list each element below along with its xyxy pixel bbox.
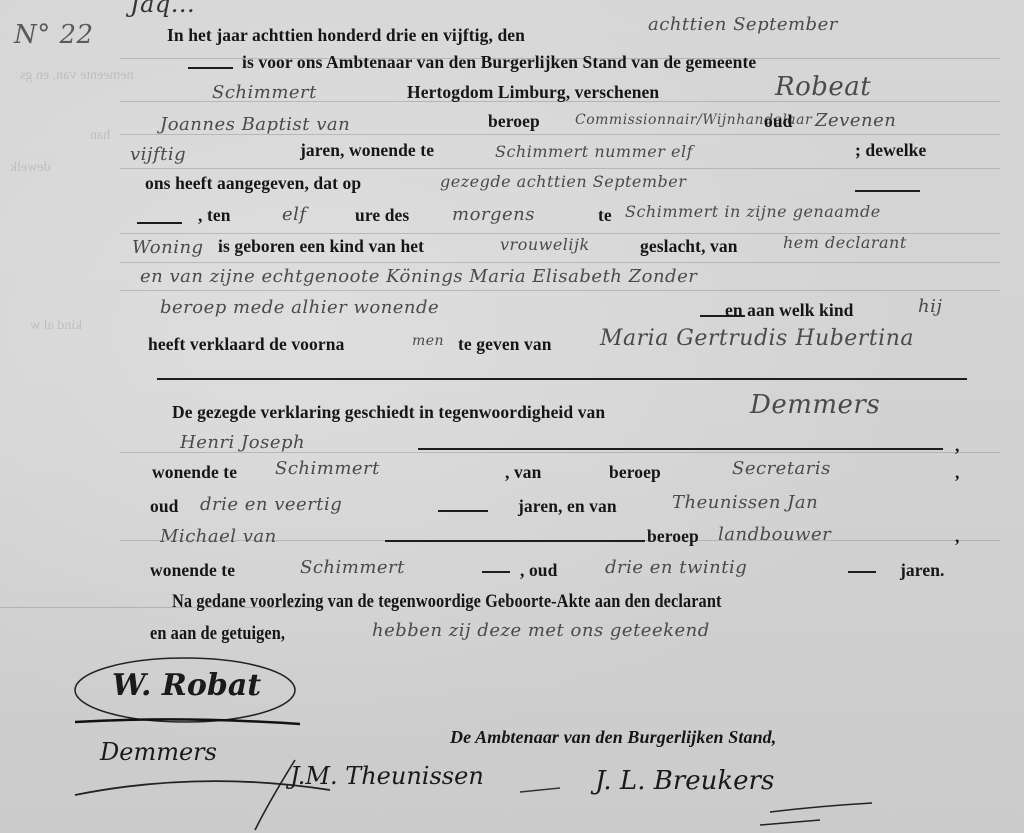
- handwritten-sex: vrouwelijk: [500, 235, 590, 254]
- printed-text: en aan welk kind: [725, 300, 854, 321]
- blank-line: [385, 540, 645, 542]
- handwritten-birth-date: gezegde achttien September: [440, 172, 686, 191]
- handwritten-mother: en van zijne echtgenoote Könings Maria E…: [140, 266, 697, 287]
- blank-dash: [438, 510, 488, 512]
- printed-text: beroep: [609, 462, 661, 483]
- printed-text: , oud: [520, 560, 557, 581]
- document-page: nemeente van, en gs han dewelk kind al w…: [0, 0, 1024, 833]
- signature-witness-2: J.M. Theunissen: [290, 762, 484, 790]
- printed-text: oud: [764, 111, 793, 132]
- handwritten-witness1-surname: Demmers: [750, 390, 880, 420]
- printed-text: Hertogdom Limburg, verschenen: [407, 82, 659, 103]
- signature-declarant: W. Robat: [112, 668, 261, 703]
- printed-text: beroep: [488, 111, 540, 132]
- handwritten-witness2-occupation: landbouwer: [718, 524, 831, 545]
- handwritten-hour: elf: [282, 204, 307, 225]
- ruled-line: [120, 262, 1000, 263]
- handwritten-age-cont: vijftig: [130, 144, 186, 165]
- printed-text: te geven van: [458, 334, 552, 355]
- comma: ,: [955, 435, 959, 456]
- handwritten-witness2-surname: Theunissen Jan: [672, 492, 818, 513]
- officer-title: De Ambtenaar van den Burgerlijken Stand,: [450, 727, 776, 748]
- bleed-through-text: han: [90, 128, 110, 144]
- handwritten-witness1-occupation: Secretaris: [732, 458, 831, 479]
- record-number: N° 22: [14, 20, 94, 50]
- printed-text: geslacht, van: [640, 236, 738, 257]
- handwritten-father: hem declarant: [783, 233, 907, 252]
- printed-text: ons heeft aangegeven, dat op: [145, 173, 361, 194]
- handwritten-pronoun: hij: [918, 296, 942, 317]
- handwritten-date: achttien September: [648, 14, 838, 35]
- blank-dash: [482, 571, 510, 573]
- handwritten-residence: Schimmert nummer elf: [495, 142, 693, 161]
- handwritten-time-of-day: morgens: [452, 204, 535, 225]
- handwritten-child-name: Maria Gertrudis Hubertina: [600, 326, 914, 351]
- handwritten-witness2-given-names: Michael van: [160, 526, 277, 547]
- comma: ,: [955, 526, 959, 547]
- comma: ,: [955, 462, 959, 483]
- blank-dash: [188, 67, 233, 69]
- bleed-through-text: kind al w: [30, 318, 82, 334]
- handwritten-witness1-age: drie en veertig: [200, 494, 342, 515]
- printed-text: wonende te: [150, 560, 235, 581]
- signature-officer: J. L. Breukers: [595, 766, 774, 796]
- handwritten-closing: hebben zij deze met ons geteekend: [372, 620, 710, 641]
- blank-dash: [848, 571, 876, 573]
- bleed-through-text: dewelk: [10, 160, 50, 176]
- handwritten-witness1-residence: Schimmert: [275, 458, 380, 479]
- printed-text: is voor ons Ambtenaar van den Burgerlijk…: [242, 52, 756, 73]
- handwritten-witness2-residence: Schimmert: [300, 557, 405, 578]
- printed-text: en aan de getuigen,: [150, 623, 285, 645]
- printed-text: In het jaar achttien honderd drie en vij…: [167, 25, 525, 46]
- handwritten-declarant-surname: Robeat: [775, 72, 871, 102]
- printed-text: ; dewelke: [855, 140, 926, 161]
- printed-text: te: [598, 205, 612, 226]
- printed-text: wonende te: [152, 462, 237, 483]
- printed-text: , van: [505, 462, 541, 483]
- printed-text: beroep: [647, 526, 699, 547]
- printed-text: oud: [150, 496, 179, 517]
- printed-text: De gezegde verklaring geschiedt in tegen…: [172, 402, 605, 423]
- handwritten-witness2-age: drie en twintig: [605, 557, 747, 578]
- handwritten-woning: Woning: [132, 237, 204, 258]
- handwritten-age: Zevenen: [815, 110, 896, 131]
- printed-text: , ten: [198, 205, 231, 226]
- top-scribble: Jaq...: [130, 0, 195, 18]
- printed-text: ure des: [355, 205, 409, 226]
- handwritten-birth-place: Schimmert in zijne genaamde: [625, 202, 881, 221]
- ruled-line: [120, 168, 1000, 169]
- printed-text: is geboren een kind van het: [218, 236, 424, 257]
- bleed-through-text: nemeente van, en gs: [20, 68, 134, 84]
- printed-text: jaren, wonende te: [300, 140, 434, 161]
- handwritten-declarant-given-names: Joannes Baptist van: [160, 114, 350, 135]
- blank-dash: [855, 190, 920, 192]
- section-separator: [157, 378, 967, 380]
- ruled-line: [120, 290, 1000, 291]
- handwritten-mother-occupation: beroep mede alhier wonende: [160, 297, 439, 318]
- handwritten-municipality: Schimmert: [212, 82, 317, 103]
- blank-line: [418, 448, 943, 450]
- blank-dash: [137, 222, 182, 224]
- handwritten-suffix: men: [412, 333, 444, 349]
- signature-witness-1: Demmers: [100, 738, 217, 766]
- printed-text: jaren, en van: [518, 496, 617, 517]
- handwritten-witness1-given-names: Henri Joseph: [180, 432, 305, 453]
- printed-text: jaren.: [900, 560, 945, 581]
- printed-text: Na gedane voorlezing van de tegenwoordig…: [172, 591, 722, 613]
- printed-text: heeft verklaard de voorna: [148, 334, 344, 355]
